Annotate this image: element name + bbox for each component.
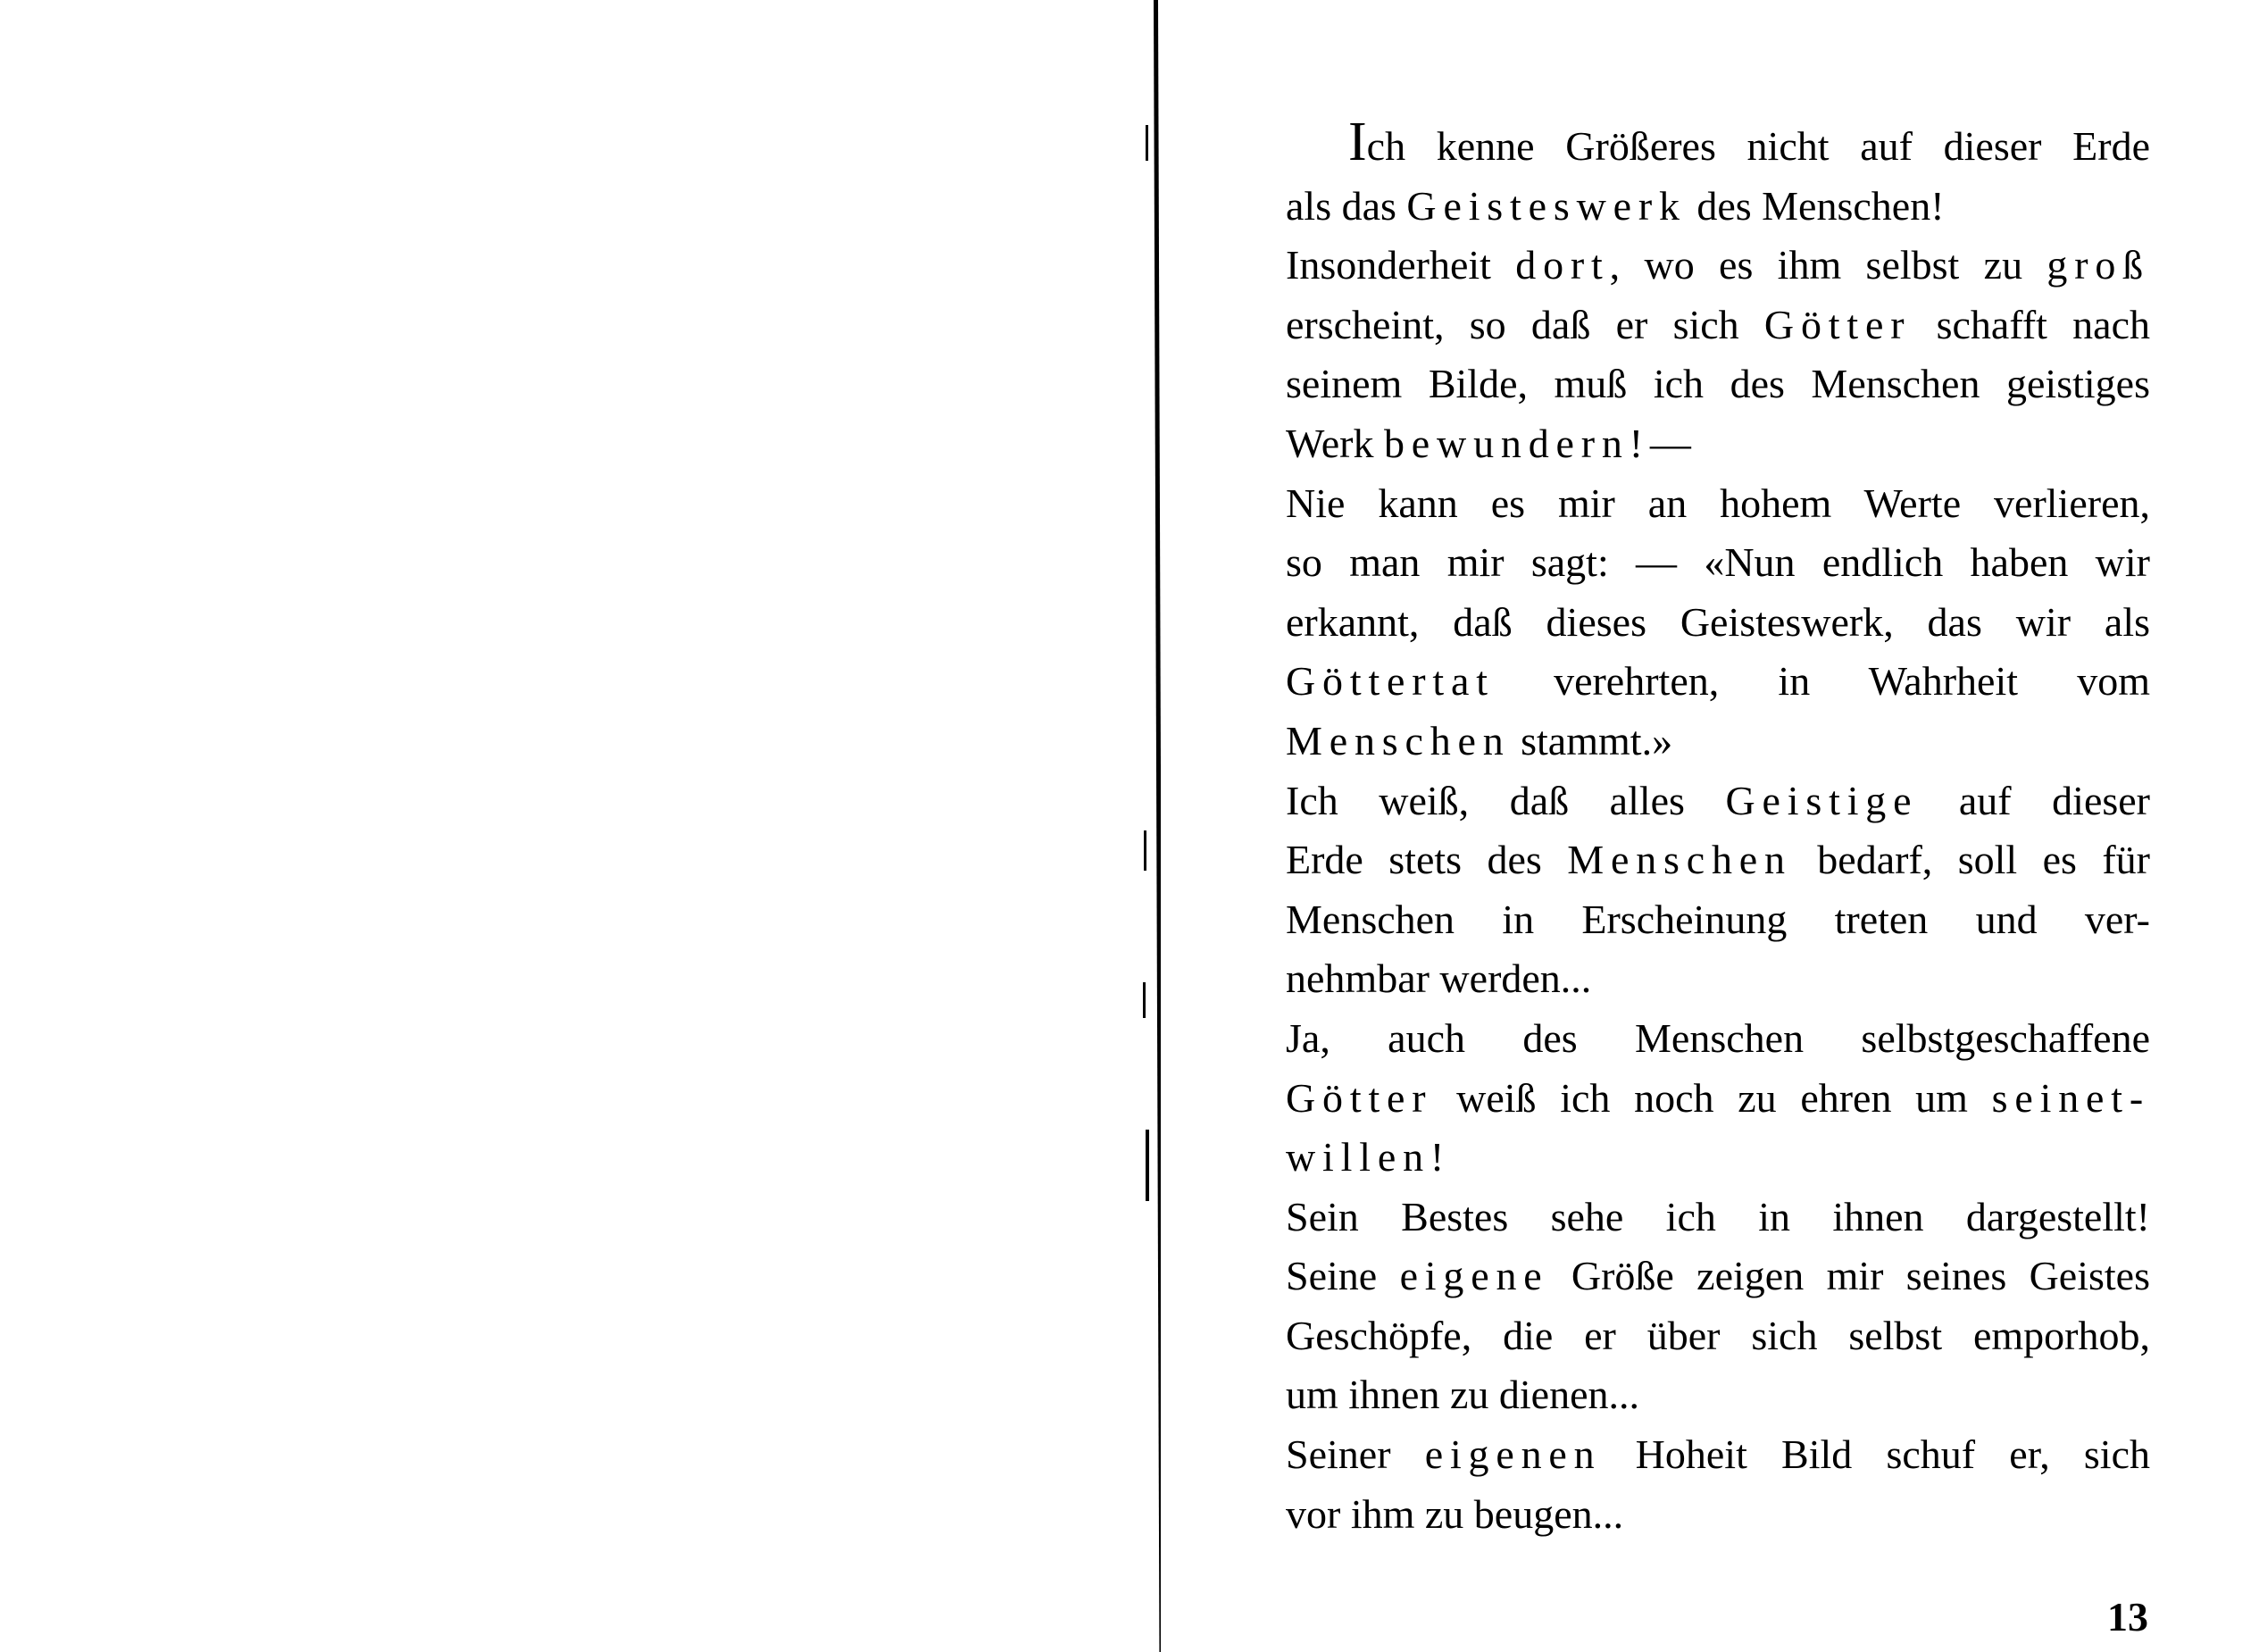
text-line: nehmbar werden... [1286,949,2150,1009]
page-number: 13 [2107,1597,2148,1638]
text-segment: bedarf, soll es für [1792,837,2150,882]
text-line: erscheint, so daß er sich Götter schafft… [1286,296,2150,355]
text-line: willen! [1286,1128,2150,1188]
text-segment: Größe zeigen mir seines Geistes [1549,1253,2150,1298]
text-segment: des Menschen! [1687,183,1945,229]
text-line: Geschöpfe, die er über sich selbst empor… [1286,1306,2150,1366]
text-line: so man mir sagt: — «Nun endlich haben wi… [1286,533,2150,593]
text-line: als das Geisteswerk des Menschen! [1286,177,2150,237]
text-segment: so man mir sagt: — «Nun endlich haben wi… [1286,539,2150,585]
emphasized-spaced-text: Geistige [1726,778,1919,823]
text-segment: verehrten, in Wahrheit vom [1495,658,2150,704]
emphasized-spaced-text: Menschen [1286,718,1511,763]
emphasized-spaced-text: seinet- [1992,1075,2150,1121]
text-segment: Erde stets des [1286,837,1567,882]
text-segment: Nie kann es mir an hohem Werte verlieren… [1286,480,2150,526]
text-segment: Sein Bestes sehe ich in ihnen dargestell… [1286,1194,2150,1239]
emphasized-spaced-text: groß [2046,242,2150,288]
text-line: Nie kann es mir an hohem Werte verlieren… [1286,474,2150,534]
left-page-blank [0,0,1152,1652]
text-segment: Ja, auch des Menschen selbstgeschaffene [1286,1015,2150,1061]
text-segment: Menschen in Erscheinung treten und ver- [1286,897,2150,942]
text-segment: seinem Bilde, muß ich des Menschen geist… [1286,361,2150,406]
text-line: Seine eigene Größe zeigen mir seines Gei… [1286,1247,2150,1306]
gutter-speck [1143,982,1146,1018]
text-line: seinem Bilde, muß ich des Menschen geist… [1286,355,2150,414]
text-line: Menschen in Erscheinung treten und ver- [1286,890,2150,950]
body-text: Ich kenne Größeres nicht auf dieser Erde… [1286,117,2150,1544]
gutter-speck [1144,830,1146,871]
emphasized-spaced-text: bewundern! [1384,421,1650,466]
text-line: um ihnen zu dienen... [1286,1365,2150,1425]
text-line: vor ihm zu beugen... [1286,1485,2150,1545]
emphasized-spaced-text: Göttertat [1286,658,1495,704]
text-line: erkannt, daß dieses Geisteswerk, das wir… [1286,593,2150,653]
text-segment: erkannt, daß dieses Geisteswerk, das wir… [1286,599,2150,645]
emphasized-spaced-text: dort [1515,242,1609,288]
text-line: Erde stets des Menschen bedarf, soll es … [1286,830,2150,890]
emphasized-spaced-text: Geisteswerk [1406,183,1686,229]
text-line: Götter weiß ich noch zu ehren um seinet- [1286,1069,2150,1129]
text-line: Ich weiß, daß alles Geistige auf dieser [1286,772,2150,831]
text-segment: — [1650,421,1691,466]
text-segment: ch kenne Größeres nicht auf dieser Erde [1367,123,2150,169]
gutter-speck [1146,125,1148,161]
text-segment: Ich weiß, daß alles [1286,778,1726,823]
text-segment: Seine [1286,1253,1400,1298]
text-line: Sein Bestes sehe ich in ihnen dargestell… [1286,1188,2150,1247]
emphasized-spaced-text: Götter [1764,302,1911,347]
text-line: Insonderheit dort, wo es ihm selbst zu g… [1286,236,2150,296]
text-segment: vor ihm zu beugen... [1286,1491,1623,1537]
text-segment: um ihnen zu dienen... [1286,1372,1639,1417]
text-segment: nehmbar werden... [1286,955,1591,1001]
text-segment: Hoheit Bild schuf er, sich [1601,1431,2150,1477]
text-segment: erscheint, so daß er sich [1286,302,1764,347]
text-segment: Geschöpfe, die er über sich selbst empor… [1286,1313,2150,1358]
text-segment: , wo es ihm selbst zu [1610,242,2047,288]
text-line: Seiner eigenen Hoheit Bild schuf er, sic… [1286,1425,2150,1485]
text-segment: Werk [1286,421,1384,466]
text-segment: Insonderheit [1286,242,1515,288]
emphasized-spaced-text: Menschen [1567,837,1792,882]
text-segment: auf dieser [1918,778,2150,823]
initial-capital: I [1348,112,1367,172]
text-segment: schafft nach [1911,302,2150,347]
text-line: Ich kenne Größeres nicht auf dieser Erde [1286,117,2150,177]
gutter-speck [1146,1130,1149,1201]
text-segment: Seiner [1286,1431,1425,1477]
text-line: Menschen stammt.» [1286,712,2150,772]
emphasized-spaced-text: eigene [1400,1253,1549,1298]
text-segment: weiß ich noch zu ehren um [1432,1075,1991,1121]
text-segment: stammt.» [1511,718,1672,763]
text-line: Göttertat verehrten, in Wahrheit vom [1286,652,2150,712]
emphasized-spaced-text: eigenen [1425,1431,1602,1477]
emphasized-spaced-text: willen! [1286,1134,1451,1180]
text-segment: als das [1286,183,1406,229]
text-line: Ja, auch des Menschen selbstgeschaffene [1286,1009,2150,1069]
text-line: Werk bewundern!— [1286,414,2150,474]
emphasized-spaced-text: Götter [1286,1075,1432,1121]
